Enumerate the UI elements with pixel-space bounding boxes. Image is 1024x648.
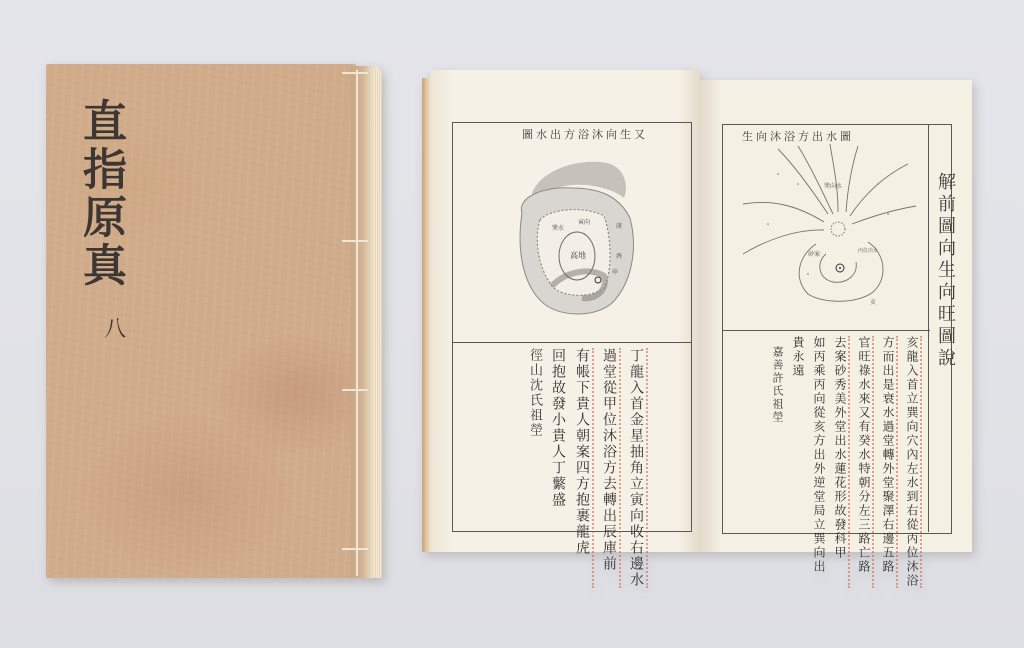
binding-stitch [342,240,368,242]
binding-stitch [342,389,368,391]
binding-thread [356,70,358,576]
text-column: 有帳下貴人朝案四方抱裹龍虎 [573,348,594,588]
text-column: 去案砂秀美外堂出水蓮花形故發科甲 [832,336,850,588]
left-page-text: 丁龍入首金星抽角立寅向收右邊水 過堂從甲位沐浴方去轉出辰庫前 有帳下貴人朝案四方… [515,348,648,588]
binding-stitch [342,548,368,550]
diagram-title: 又生向沐浴方出水圖 [522,126,648,142]
svg-text:亥: 亥 [870,298,876,306]
right-page: 生向沐浴方出水圖 解前圖向生向旺圖說 巽向水 [700,80,972,552]
text-column: 回抱故發小貴人丁蘩盛 [549,348,567,588]
svg-text:高地: 高地 [570,250,586,260]
watercourse-diagram: 巽向水 砂案 丙位出水 亥 [738,144,918,304]
open-book: 又生向沐浴方出水圖 高地 巽水 寅向 庚 酉 申 丁龍入首金星抽角立寅向收右邊水… [422,70,972,554]
svg-text:寅向: 寅向 [578,218,590,226]
svg-text:砂案: 砂案 [808,250,820,258]
svg-text:丙位出水: 丙位出水 [858,247,878,254]
right-page-text: 亥龍入首立巽向穴內左水到右從丙位沐浴 方而出是衰水過堂轉外堂聚澤右邊五路 官旺祿… [770,336,922,588]
text-column: 亥龍入首立巽向穴內左水到右從丙位沐浴 [904,336,922,588]
closed-book: 直指原真 八 [46,64,384,580]
svg-text:巽水: 巽水 [552,224,564,232]
binding-stitch [342,72,368,74]
side-heading: 解前圖向生向旺圖說 [934,172,956,370]
signature: 徑山沈氏祖塋 [525,348,543,588]
svg-text:申: 申 [612,268,618,276]
text-column: 如丙乘丙向從亥方出外逆堂局立巽向出 [811,336,826,588]
svg-text:庚: 庚 [616,222,622,230]
text-column: 官旺祿水來又有癸水特朝分左三路亡路 [856,336,874,588]
svg-text:巽向水: 巽向水 [824,182,842,190]
text-column: 丁龍入首金星抽角立寅向收右邊水 [627,348,648,588]
text-column: 方而出是衰水過堂轉外堂聚澤右邊五路 [880,336,898,588]
cover-title: 直指原真 [70,98,126,290]
text-column: 過堂從甲位沐浴方去轉出辰庫前 [600,348,621,588]
svg-text:酉: 酉 [616,252,622,260]
page-divider [722,330,930,331]
diagram-title: 生向沐浴方出水圖 [742,128,854,144]
cover-volume-number: 八 [104,312,126,343]
page-edge [374,70,382,578]
left-page: 又生向沐浴方出水圖 高地 巽水 寅向 庚 酉 申 丁龍入首金星抽角立寅向收右邊水… [430,70,700,552]
heading-divider [928,124,929,532]
landform-diagram: 高地 巽水 寅向 庚 酉 申 [512,158,642,318]
signature: 嘉善許氏祖塋 [770,346,784,588]
photo-scene: 直指原真 八 又生向沐浴方出水圖 高地 巽水 寅向 [0,0,1024,648]
text-column: 貴永遠 [790,336,805,588]
page-divider [452,342,692,343]
